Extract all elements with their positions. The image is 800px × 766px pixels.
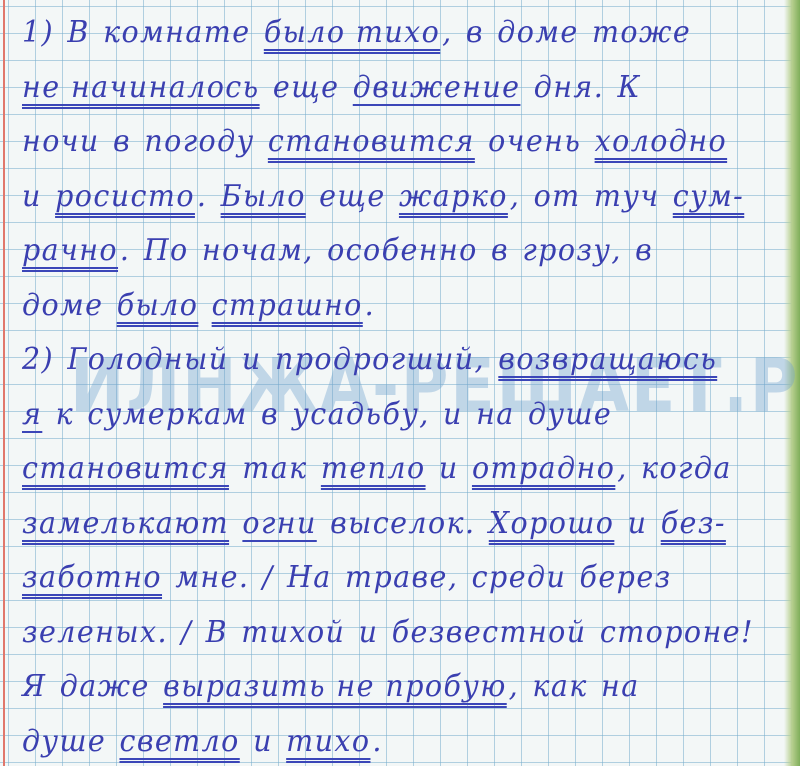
word: зеленых. [22,606,168,660]
predicate-word: без- [661,497,726,551]
text-line: становитсятактеплоиотрадно,когда [22,442,744,497]
word: душе [22,715,106,766]
predicate-word: было тихо [264,6,440,60]
word: . [197,170,207,224]
predicate-word: было [117,279,199,333]
word: В [206,606,228,660]
word: от [534,170,581,224]
word: в [113,115,131,169]
text-line: зеленых./Втихойибезвестнойстороне! [22,606,744,661]
predicate-word: тихо [286,715,370,766]
subject-word: я [22,388,42,442]
word: когда [641,442,732,496]
predicate-word: выразить не пробую [163,660,507,714]
word: душе [528,388,612,442]
text-line: заботномне./Натраве,средиберез [22,551,744,606]
word: и [22,170,42,224]
word: доме [22,279,103,333]
word: среди [472,551,567,605]
predicate-word: рачно [22,224,118,278]
word: В [67,6,89,60]
word: , [617,442,627,496]
word: к [56,388,74,442]
word: усадьбу, [292,388,429,442]
word: ночи [22,115,100,169]
word: . [365,279,375,333]
text-line: яксумеркамвусадьбу,инадуше [22,388,744,443]
word: продрогший, [275,333,485,387]
handwritten-text: 1)Вкомнатебыло тихо,вдометожене начинало… [22,6,782,766]
word: очень [488,115,581,169]
word: в [466,6,484,60]
word: даже [60,660,150,714]
subject-word: движение [353,61,521,115]
text-line: 1)Вкомнатебыло тихо,вдометоже [22,6,744,61]
text-line: ночивпогодустановитсяоченьхолодно [22,115,744,170]
word: и [253,715,273,766]
word: и [628,497,648,551]
word: еще [273,61,340,115]
word: и [443,388,463,442]
word: туч [594,170,660,224]
word: / [181,606,192,660]
word: на [476,388,515,442]
word: еще [319,170,386,224]
word: грозу, [522,224,621,278]
text-line: не начиналосьещедвижениедня.К [22,61,744,116]
predicate-word: тепло [321,442,426,496]
word: берез [580,551,672,605]
word: траве, [345,551,458,605]
text-line: замелькаютогнивыселок.Хорошоибез- [22,497,744,552]
predicate-word: отрадно [472,442,615,496]
word: комнате [103,6,250,60]
subject-word: огни [242,497,316,551]
word: / [263,551,274,605]
text-line: иросисто.Былоещежарко,оттучсум- [22,170,744,225]
word: Голодный [67,333,228,387]
word: , [509,660,519,714]
predicate-word: жарко [399,170,508,224]
notebook-binding-edge [784,0,800,766]
word: в [491,224,509,278]
word: на [601,660,640,714]
word: . [372,715,382,766]
word: К [618,61,641,115]
word: и [439,442,459,496]
word: и [359,606,379,660]
word: в [261,388,279,442]
word: , [510,170,520,224]
predicate-word: росисто [55,170,195,224]
predicate-word: страшно [212,279,363,333]
text-line: душесветлоитихо. [22,715,744,766]
predicate-word: светло [119,715,239,766]
predicate-word: заботно [22,551,162,605]
word: в [635,224,653,278]
word: особенно [327,224,478,278]
predicate-word: замелькают [22,497,229,551]
notebook-margin-line [3,0,5,766]
word: тихой [241,606,345,660]
predicate-word: Хорошо [489,497,615,551]
text-line: 2)Голодныйипродрогший,возвращаюсь [22,333,744,388]
predicate-word: не начиналось [22,61,260,115]
predicate-word: Было [221,170,306,224]
word: . [120,224,130,278]
word: сумеркам [87,388,247,442]
word: выселок. [330,497,475,551]
word: доме [497,6,578,60]
word: ночам, [202,224,314,278]
text-line: Ядажевыразить не пробую,какна [22,660,744,715]
word: По [144,224,189,278]
text-line: домебылострашно. [22,279,744,334]
word: мне. [175,551,249,605]
word: и [242,333,262,387]
word: безвестной [392,606,587,660]
word: Я [22,660,46,714]
word: На [287,551,332,605]
predicate-word: становится [22,442,229,496]
word: , [442,6,452,60]
word: стороне! [600,606,754,660]
word: 2) [22,333,54,387]
word: как [532,660,587,714]
predicate-word: холодно [595,115,728,169]
word: погоду [144,115,254,169]
predicate-word: становится [268,115,475,169]
word: тоже [592,6,691,60]
predicate-word: возвращаюсь [498,333,717,387]
word: 1) [22,6,54,60]
word: дня. [534,61,604,115]
word: так [242,442,307,496]
text-line: рачно.Поночам,особенновгрозу,в [22,224,744,279]
predicate-word: сум- [673,170,744,224]
